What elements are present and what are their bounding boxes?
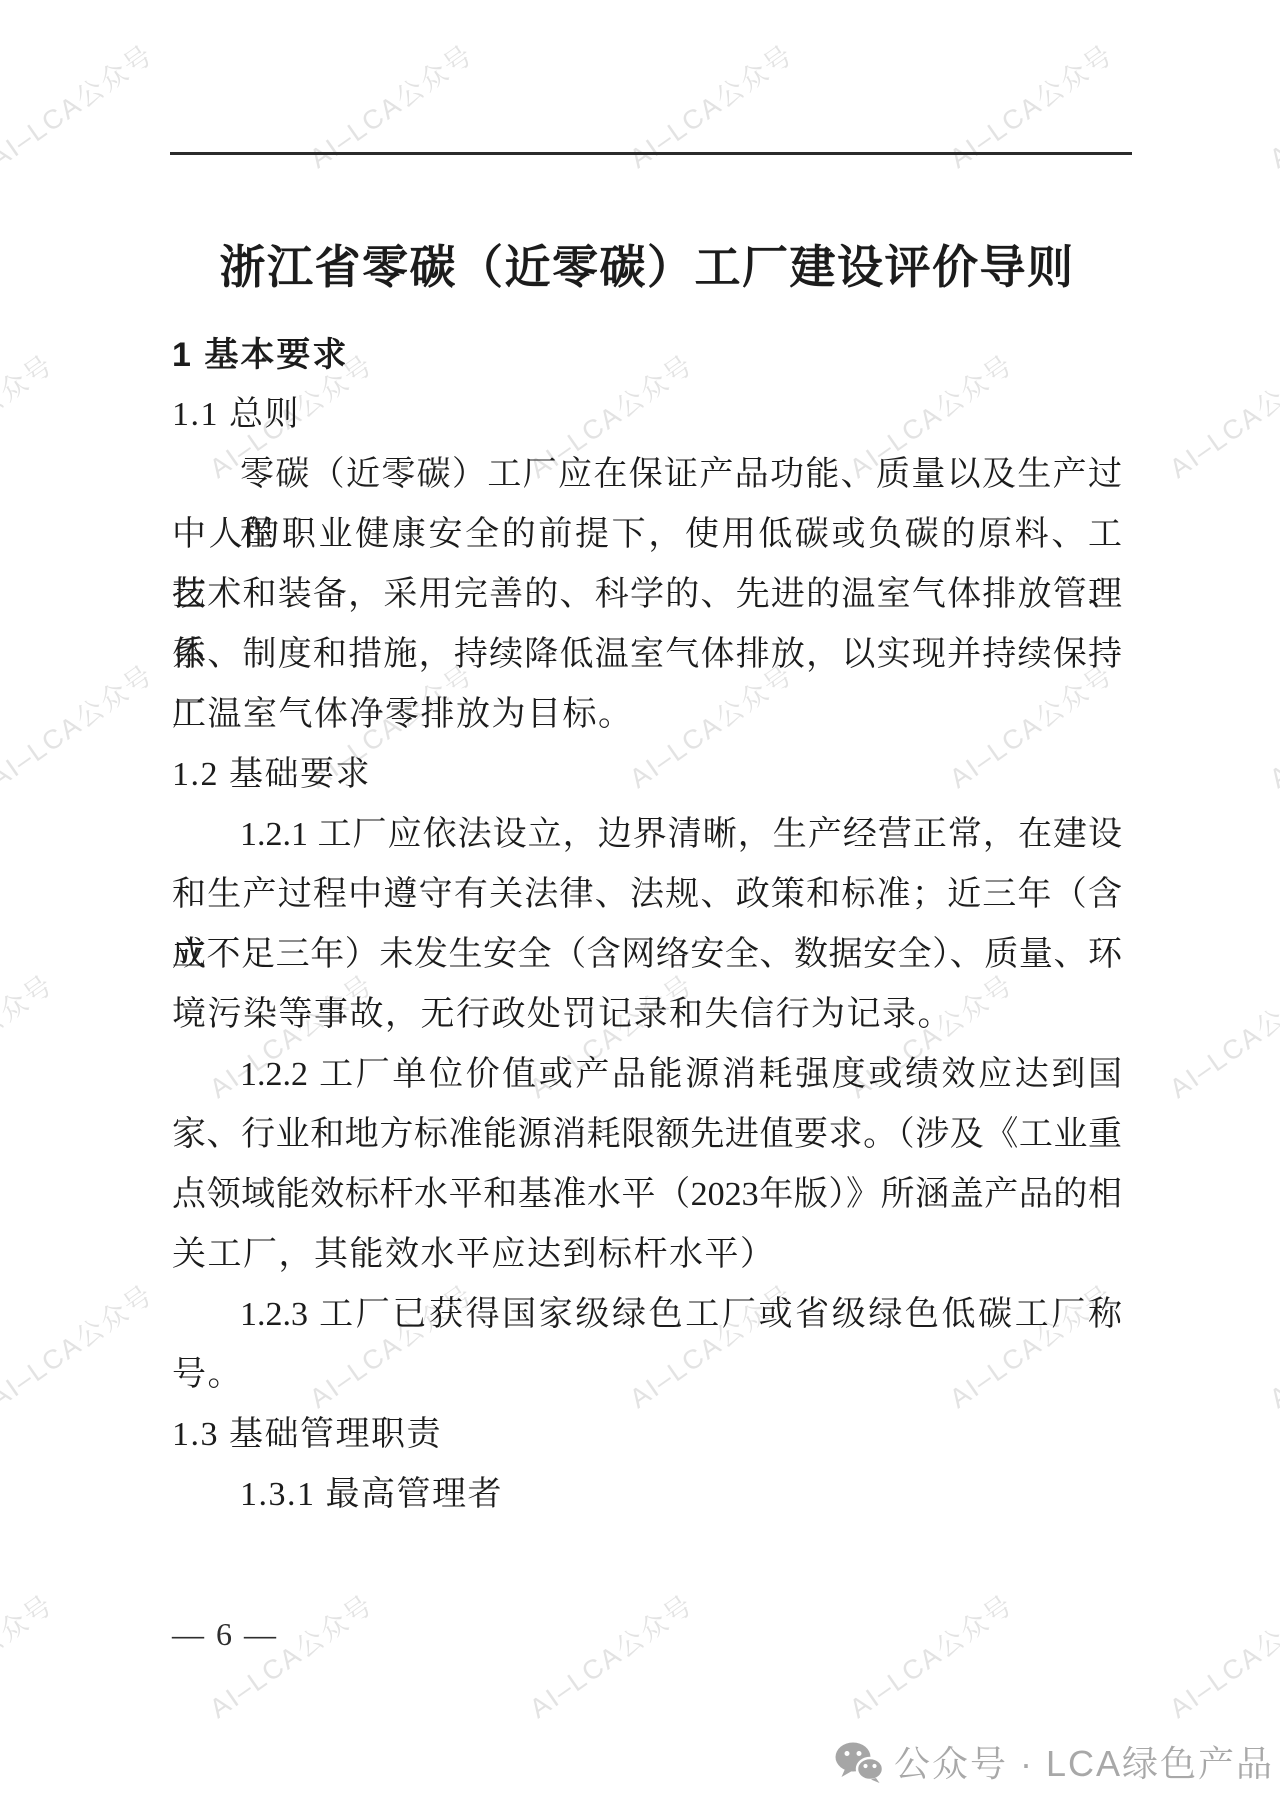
text-line: 关工厂，其能效水平应达到标杆水平） <box>172 1225 1122 1285</box>
text-line: 1.1 总则 <box>172 385 1122 445</box>
text-line: 1.2 基础要求 <box>172 745 1122 805</box>
text-line: 1.2.1 工厂应依法设立，边界清晰，生产经营正常，在建设 <box>172 805 1122 865</box>
section-heading: 1 基本要求 <box>172 325 1122 385</box>
content-layer: 浙江省零碳（近零碳）工厂建设评价导则 1 基本要求1.1 总则零碳（近零碳）工厂… <box>0 0 1280 1810</box>
document-page: AI–LCA公众号AI–LCA公众号AI–LCA公众号AI–LCA公众号AI–L… <box>0 0 1280 1810</box>
document-body: 1 基本要求1.1 总则零碳（近零碳）工厂应在保证产品功能、质量以及生产过程中人… <box>172 325 1122 1525</box>
text-line: 1.2.2 工厂单位价值或产品能源消耗强度或绩效应达到国 <box>172 1045 1122 1105</box>
wechat-icon <box>834 1741 884 1783</box>
header-rule <box>170 152 1132 155</box>
text-line: 号。 <box>172 1345 1122 1405</box>
text-line: 厂温室气体净零排放为目标。 <box>172 685 1122 745</box>
text-line: 系、制度和措施，持续降低温室气体排放，以实现并持续保持工 <box>172 625 1122 685</box>
document-title: 浙江省零碳（近零碳）工厂建设评价导则 <box>172 238 1122 296</box>
text-line: 家、行业和地方标准能源消耗限额先进值要求。（涉及《工业重 <box>172 1105 1122 1165</box>
text-line: 点领域能效标杆水平和基准水平（2023年版）》所涵盖产品的相 <box>172 1165 1122 1225</box>
text-line: 中人的职业健康安全的前提下，使用低碳或负碳的原料、工艺、 <box>172 505 1122 565</box>
text-line: 和生产过程中遵守有关法律、法规、政策和标准；近三年（含成 <box>172 865 1122 925</box>
wechat-footer: 公众号 · LCA绿色产品 <box>834 1736 1274 1787</box>
text-line: 境污染等事故，无行政处罚记录和失信行为记录。 <box>172 985 1122 1045</box>
text-line: 1.3.1 最高管理者 <box>172 1465 1122 1525</box>
footer-account-label: 公众号 · LCA绿色产品 <box>894 1736 1274 1787</box>
text-line: 1.2.3 工厂已获得国家级绿色工厂或省级绿色低碳工厂称 <box>172 1285 1122 1345</box>
text-line: 零碳（近零碳）工厂应在保证产品功能、质量以及生产过程 <box>172 445 1122 505</box>
text-line: 技术和装备，采用完善的、科学的、先进的温室气体排放管理体 <box>172 565 1122 625</box>
page-number: — 6 — <box>172 1616 278 1653</box>
text-line: 立不足三年）未发生安全（含网络安全、数据安全）、质量、环 <box>172 925 1122 985</box>
text-line: 1.3 基础管理职责 <box>172 1405 1122 1465</box>
